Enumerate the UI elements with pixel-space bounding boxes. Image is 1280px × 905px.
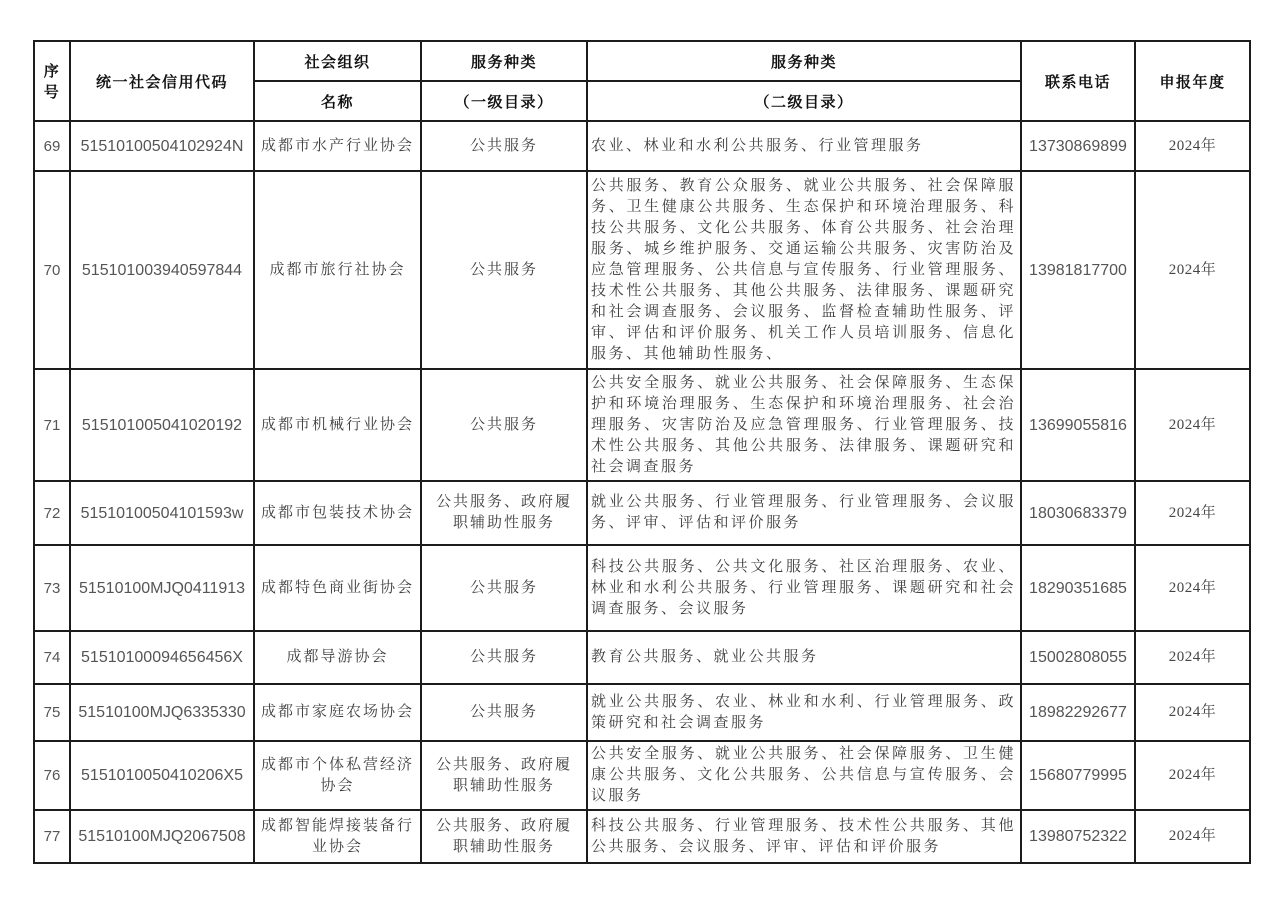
cell-index: 77 <box>34 810 70 863</box>
cell-service-level1: 公共服务 <box>421 631 587 684</box>
header-svc1-line1: 服务种类 <box>421 41 587 81</box>
cell-service-level2: 公共服务、教育公众服务、就业公共服务、社会保障服务、卫生健康公共服务、生态保护和… <box>587 171 1021 369</box>
cell-phone: 13980752322 <box>1021 810 1135 863</box>
cell-org-name: 成都市个体私营经济协会 <box>254 741 421 810</box>
cell-phone: 15680779995 <box>1021 741 1135 810</box>
cell-year: 2024年 <box>1135 171 1250 369</box>
cell-org-name: 成都市家庭农场协会 <box>254 684 421 741</box>
table-row: 74 51510100094656456X 成都导游协会 公共服务 教育公共服务… <box>34 631 1250 684</box>
cell-index: 71 <box>34 369 70 481</box>
table-row: 69 51510100504102924N 成都市水产行业协会 公共服务 农业、… <box>34 121 1250 171</box>
cell-year: 2024年 <box>1135 121 1250 171</box>
cell-index: 72 <box>34 481 70 545</box>
cell-service-level2: 科技公共服务、行业管理服务、技术性公共服务、其他公共服务、会议服务、评审、评估和… <box>587 810 1021 863</box>
cell-service-level1: 公共服务、政府履职辅助性服务 <box>421 810 587 863</box>
cell-service-level2: 就业公共服务、农业、林业和水利、行业管理服务、政策研究和社会调查服务 <box>587 684 1021 741</box>
cell-service-level1: 公共服务 <box>421 684 587 741</box>
header-svc2-line2: （二级目录） <box>587 81 1021 121</box>
cell-service-level2: 科技公共服务、公共文化服务、社区治理服务、农业、林业和水利公共服务、行业管理服务… <box>587 545 1021 631</box>
cell-phone: 18982292677 <box>1021 684 1135 741</box>
cell-index: 74 <box>34 631 70 684</box>
table-row: 73 51510100MJQ0411913 成都特色商业街协会 公共服务 科技公… <box>34 545 1250 631</box>
table-row: 77 51510100MJQ2067508 成都智能焊接装备行业协会 公共服务、… <box>34 810 1250 863</box>
cell-credit-code: 5151010050410206X5 <box>70 741 254 810</box>
cell-service-level2: 农业、林业和水利公共服务、行业管理服务 <box>587 121 1021 171</box>
cell-service-level1: 公共服务 <box>421 121 587 171</box>
cell-phone: 13699055816 <box>1021 369 1135 481</box>
cell-index: 73 <box>34 545 70 631</box>
cell-org-name: 成都市旅行社协会 <box>254 171 421 369</box>
header-svc1-line2: （一级目录） <box>421 81 587 121</box>
header-org-line2: 名称 <box>254 81 421 121</box>
cell-org-name: 成都导游协会 <box>254 631 421 684</box>
cell-service-level2: 就业公共服务、行业管理服务、行业管理服务、会议服务、评审、评估和评价服务 <box>587 481 1021 545</box>
cell-year: 2024年 <box>1135 545 1250 631</box>
header-row-1: 序号 统一社会信用代码 社会组织 服务种类 服务种类 联系电话 申报年度 <box>34 41 1250 81</box>
cell-year: 2024年 <box>1135 741 1250 810</box>
table-row: 76 5151010050410206X5 成都市个体私营经济协会 公共服务、政… <box>34 741 1250 810</box>
header-org-line1: 社会组织 <box>254 41 421 81</box>
cell-org-name: 成都市水产行业协会 <box>254 121 421 171</box>
cell-year: 2024年 <box>1135 810 1250 863</box>
header-index: 序号 <box>34 41 70 121</box>
cell-index: 69 <box>34 121 70 171</box>
header-year: 申报年度 <box>1135 41 1250 121</box>
cell-phone: 13730869899 <box>1021 121 1135 171</box>
table-row: 75 51510100MJQ6335330 成都市家庭农场协会 公共服务 就业公… <box>34 684 1250 741</box>
cell-credit-code: 51510100504101593w <box>70 481 254 545</box>
cell-service-level1: 公共服务 <box>421 171 587 369</box>
cell-credit-code: 51510100MJQ6335330 <box>70 684 254 741</box>
cell-service-level1: 公共服务 <box>421 369 587 481</box>
cell-index: 70 <box>34 171 70 369</box>
social-organizations-table: 序号 统一社会信用代码 社会组织 服务种类 服务种类 联系电话 申报年度 名称 … <box>33 40 1251 864</box>
cell-phone: 13981817700 <box>1021 171 1135 369</box>
cell-org-name: 成都特色商业街协会 <box>254 545 421 631</box>
header-svc2-line1: 服务种类 <box>587 41 1021 81</box>
table-body: 69 51510100504102924N 成都市水产行业协会 公共服务 农业、… <box>34 121 1250 863</box>
cell-credit-code: 51510100MJQ2067508 <box>70 810 254 863</box>
cell-year: 2024年 <box>1135 369 1250 481</box>
table-row: 72 51510100504101593w 成都市包装技术协会 公共服务、政府履… <box>34 481 1250 545</box>
cell-phone: 18290351685 <box>1021 545 1135 631</box>
cell-service-level2: 公共安全服务、就业公共服务、社会保障服务、生态保护和环境治理服务、生态保护和环境… <box>587 369 1021 481</box>
cell-org-name: 成都智能焊接装备行业协会 <box>254 810 421 863</box>
cell-year: 2024年 <box>1135 684 1250 741</box>
table-header: 序号 统一社会信用代码 社会组织 服务种类 服务种类 联系电话 申报年度 名称 … <box>34 41 1250 121</box>
cell-credit-code: 51510100504102924N <box>70 121 254 171</box>
cell-credit-code: 51510100094656456X <box>70 631 254 684</box>
cell-credit-code: 515101005041020192 <box>70 369 254 481</box>
cell-credit-code: 515101003940597844 <box>70 171 254 369</box>
cell-service-level1: 公共服务、政府履职辅助性服务 <box>421 481 587 545</box>
cell-service-level2: 公共安全服务、就业公共服务、社会保障服务、卫生健康公共服务、文化公共服务、公共信… <box>587 741 1021 810</box>
cell-phone: 18030683379 <box>1021 481 1135 545</box>
header-credit-code: 统一社会信用代码 <box>70 41 254 121</box>
table-row: 71 515101005041020192 成都市机械行业协会 公共服务 公共安… <box>34 369 1250 481</box>
cell-index: 76 <box>34 741 70 810</box>
cell-service-level2: 教育公共服务、就业公共服务 <box>587 631 1021 684</box>
table-row: 70 515101003940597844 成都市旅行社协会 公共服务 公共服务… <box>34 171 1250 369</box>
cell-year: 2024年 <box>1135 481 1250 545</box>
cell-service-level1: 公共服务、政府履职辅助性服务 <box>421 741 587 810</box>
cell-index: 75 <box>34 684 70 741</box>
cell-credit-code: 51510100MJQ0411913 <box>70 545 254 631</box>
cell-org-name: 成都市包装技术协会 <box>254 481 421 545</box>
cell-org-name: 成都市机械行业协会 <box>254 369 421 481</box>
cell-year: 2024年 <box>1135 631 1250 684</box>
header-phone: 联系电话 <box>1021 41 1135 121</box>
cell-service-level1: 公共服务 <box>421 545 587 631</box>
cell-phone: 15002808055 <box>1021 631 1135 684</box>
